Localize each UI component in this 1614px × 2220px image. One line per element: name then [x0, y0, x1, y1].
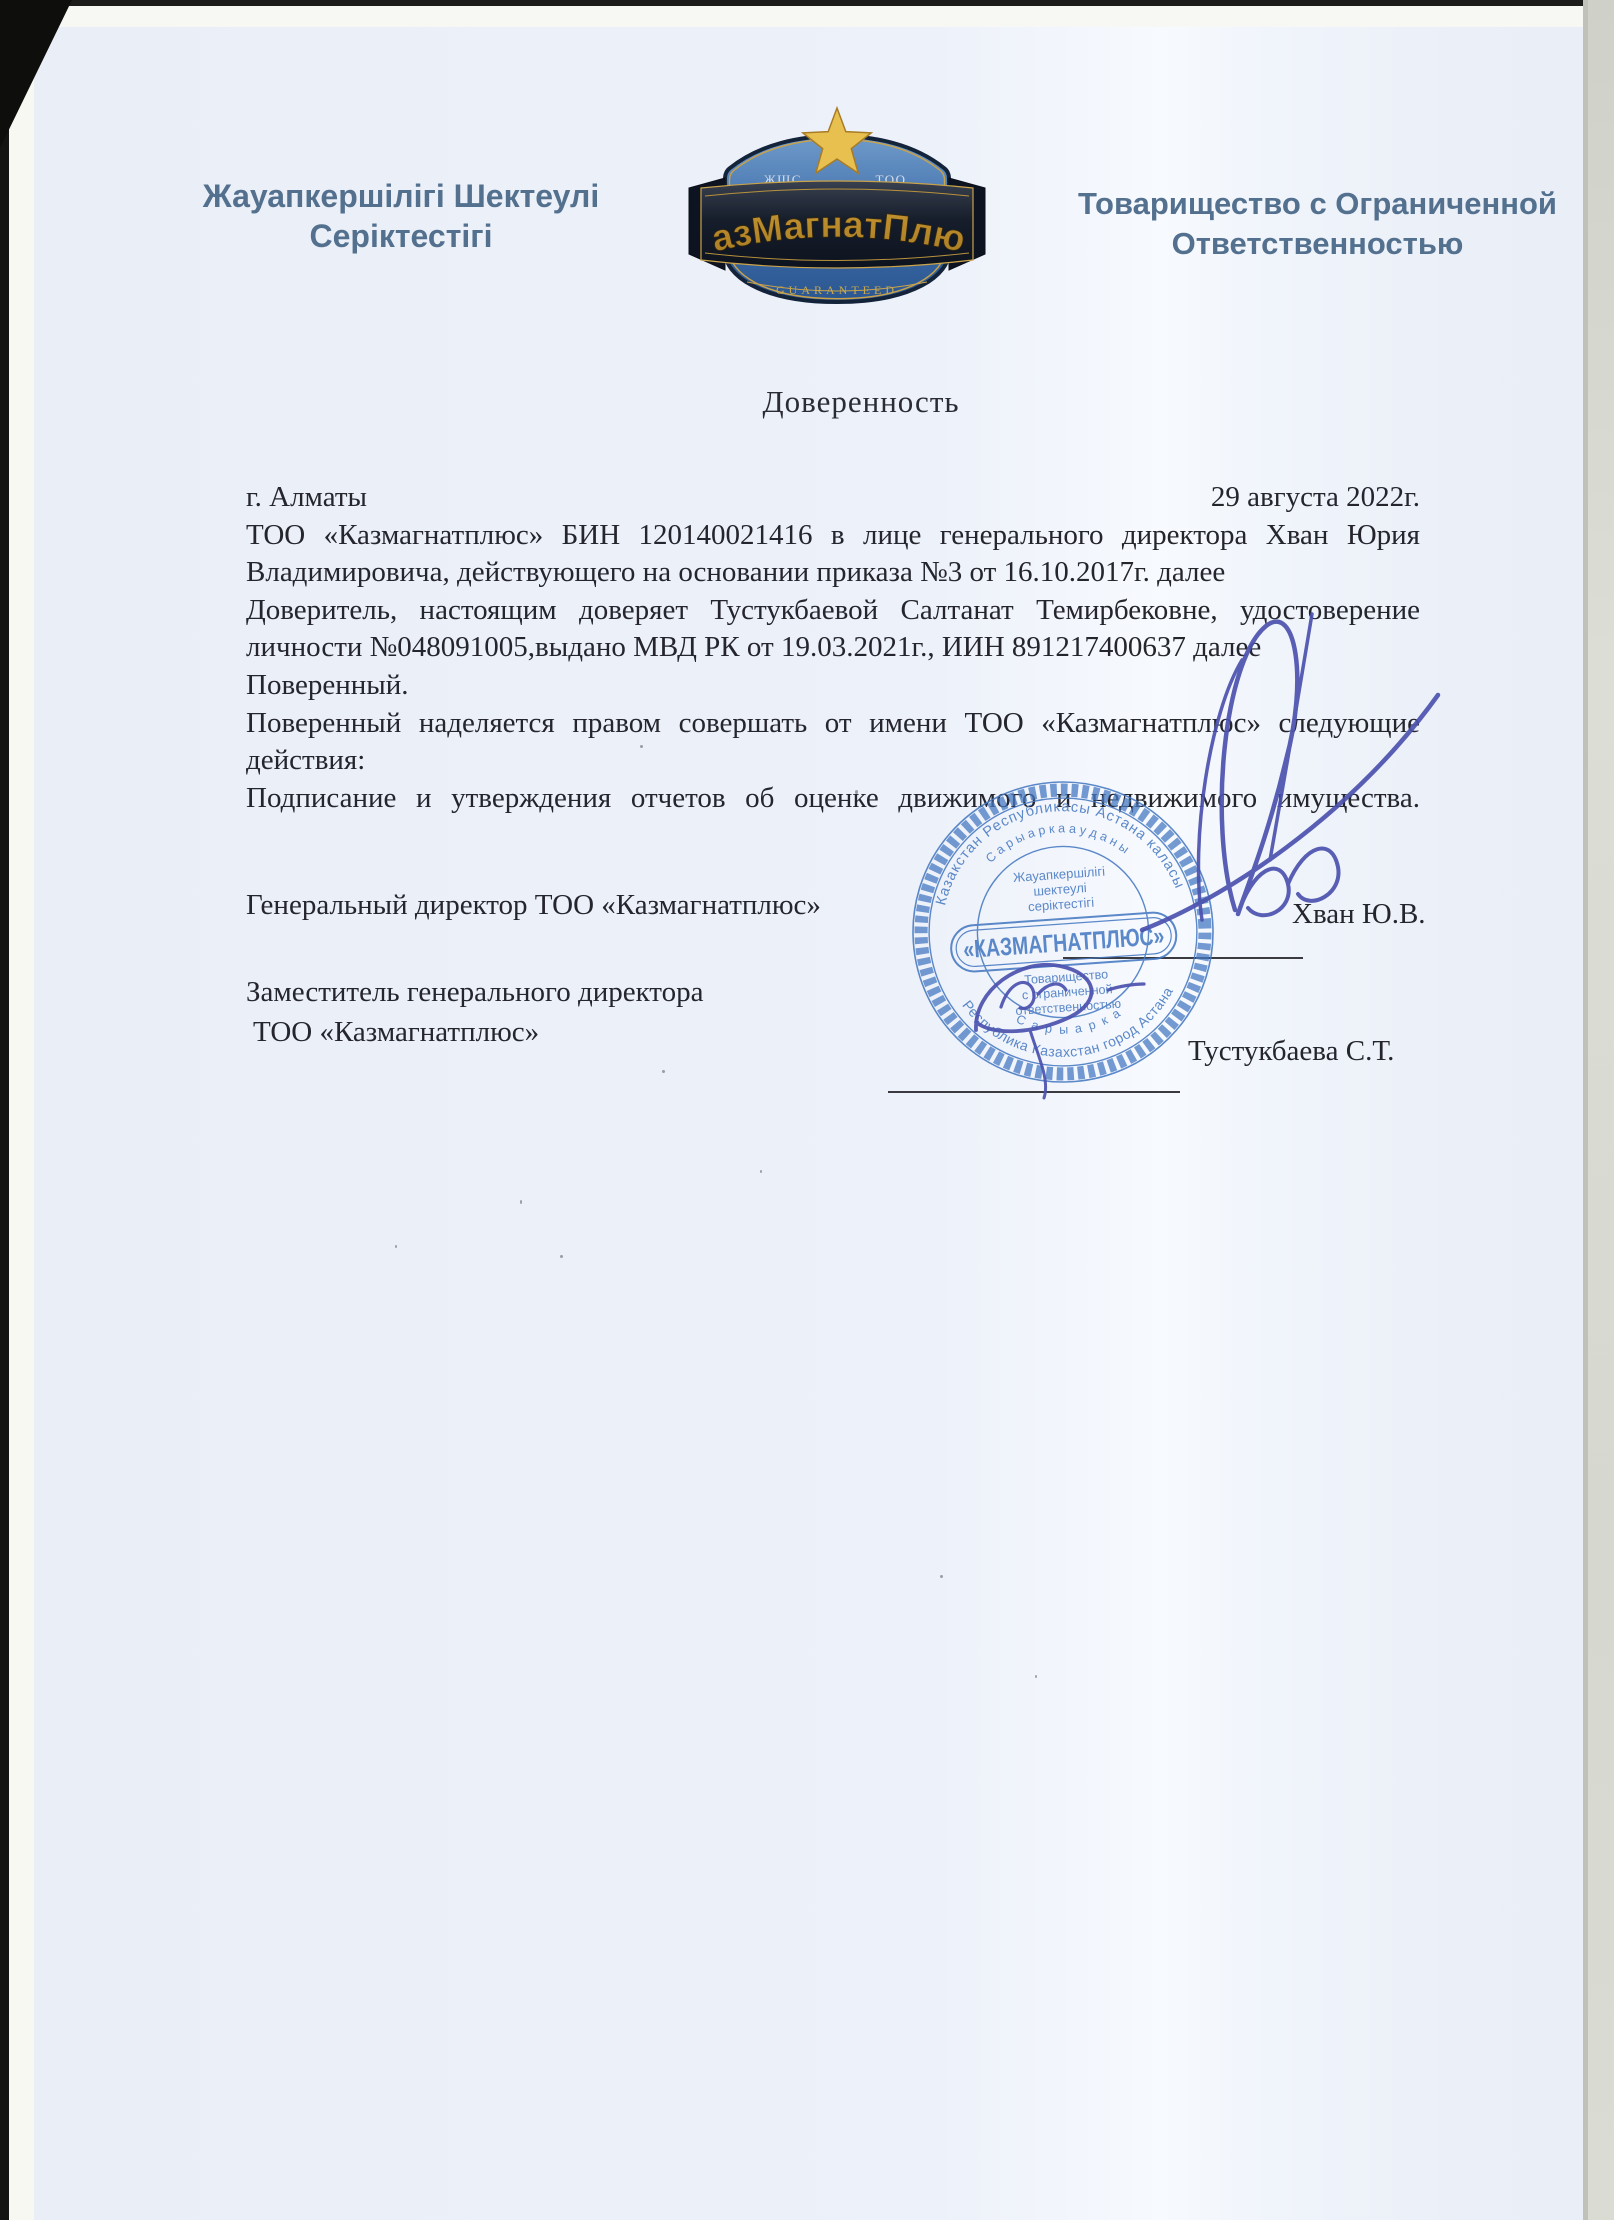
body-line: ТОО «Казмагнатплюс» БИН 120140021416 в л… — [246, 519, 1420, 557]
signer2-title-line2: ТОО «Казмагнатплюс» — [253, 1016, 539, 1049]
signer1-title: Генеральный директор ТОО «Казмагнатплюс» — [246, 889, 821, 922]
document-date: 29 августа 2022г. — [1211, 481, 1420, 519]
scanned-document: Жауапкершілігі Шектеулі Серіктестігі Тов… — [0, 0, 1614, 2220]
header-ru-line1: Товарищество с Ограниченной — [1065, 184, 1570, 224]
document-title: Доверенность — [600, 384, 1122, 420]
logo-guaranteed-label: GUARANTEED — [776, 283, 898, 297]
company-logo: ЖШС ТОО КазМагнатПлюс GUARANTEED — [683, 104, 991, 318]
header-kk-line2: Серіктестігі — [178, 216, 624, 256]
place-date-line: г. Алматы 29 августа 2022г. — [246, 481, 1420, 519]
header-kk-line1: Жауапкершілігі Шектеулі — [178, 176, 624, 216]
pen-signatures — [880, 598, 1490, 1128]
scan-speck — [560, 1255, 563, 1258]
signer1-handwritten-signature — [1142, 614, 1438, 930]
scan-border-corner — [0, 0, 72, 148]
scan-speck — [640, 745, 643, 748]
scan-border-top — [0, 0, 1614, 6]
scanner-background-strip — [1588, 0, 1614, 2220]
header-company-name-kk: Жауапкершілігі Шектеулі Серіктестігі — [178, 176, 624, 256]
scan-speck — [1035, 1675, 1037, 1678]
scan-speck — [855, 790, 858, 794]
signer2-title-line1: Заместитель генерального директора — [246, 976, 703, 1009]
scan-speck — [520, 1200, 522, 1204]
scan-speck — [760, 1170, 762, 1173]
page-left-edge — [9, 0, 34, 2220]
header-company-name-ru: Товарищество с Ограниченной Ответственно… — [1065, 184, 1570, 264]
scan-border-left — [0, 0, 9, 2220]
document-place: г. Алматы — [246, 481, 367, 519]
page-top-edge — [0, 6, 1588, 27]
signer2-handwritten-signature — [976, 965, 1144, 1098]
scan-speck — [662, 1070, 665, 1073]
scan-speck — [940, 1575, 943, 1578]
scan-speck — [395, 1245, 397, 1248]
body-line: Владимировича, действующего на основании… — [246, 556, 1420, 594]
header-ru-line2: Ответственностью — [1065, 224, 1570, 264]
